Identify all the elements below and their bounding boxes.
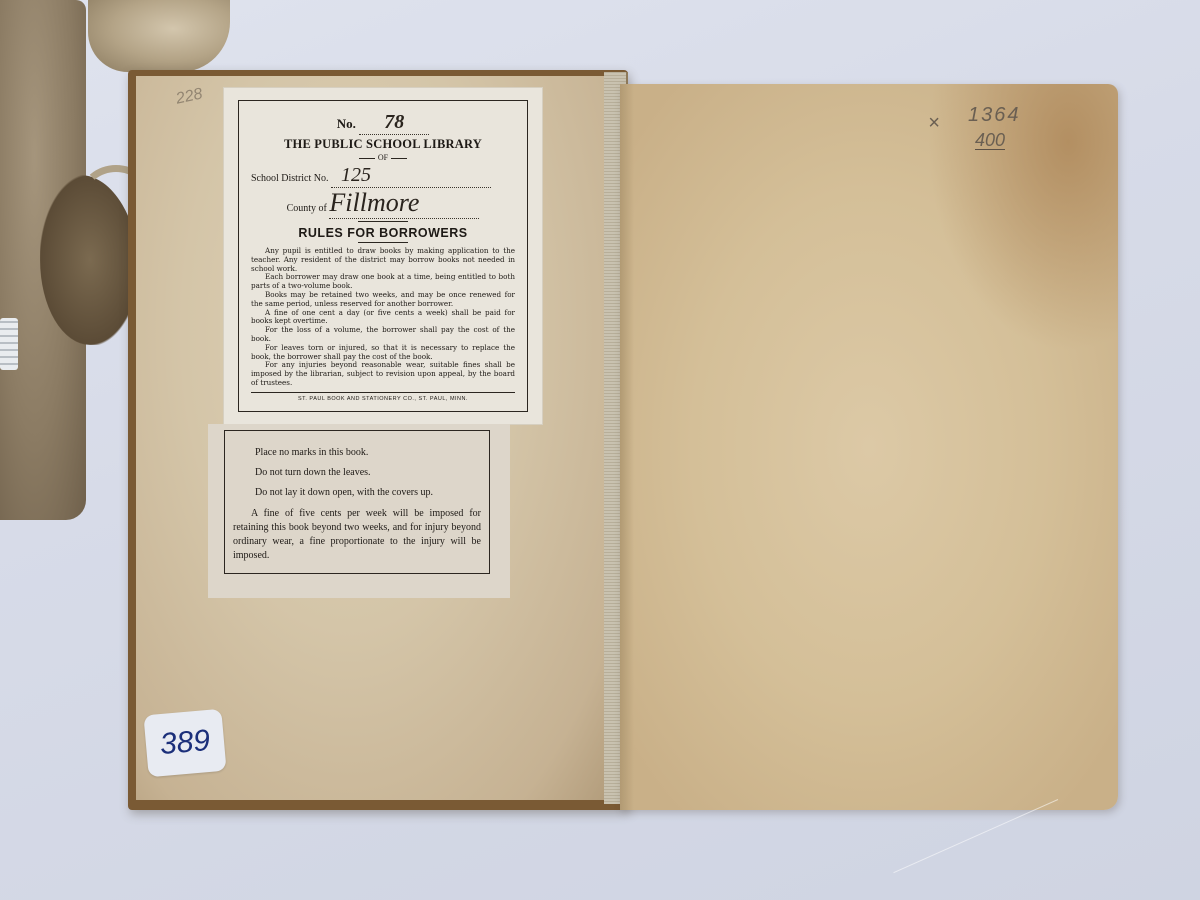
of-divider: OF xyxy=(251,153,515,162)
notice-line: Do not lay it down open, with the covers… xyxy=(255,487,481,498)
district-label: School District No. xyxy=(251,173,329,184)
rule-item: For leaves torn or injured, so that it i… xyxy=(251,344,515,362)
lot-number-sticker: 389 xyxy=(143,709,226,778)
divider xyxy=(358,221,408,222)
beadwork xyxy=(0,318,18,370)
district-row: School District No. 125 xyxy=(251,164,515,188)
handwritten-district: 125 xyxy=(341,164,371,186)
handwritten-number: 78 xyxy=(384,111,404,133)
bookplate-number-row: No. 78 xyxy=(251,111,515,135)
notice-label: Place no marks in this book. Do not turn… xyxy=(208,424,510,598)
page-crease xyxy=(893,799,1058,873)
handwritten-county: Fillmore xyxy=(329,188,419,217)
notice-line: Place no marks in this book. xyxy=(255,447,481,458)
county-label: County of xyxy=(287,203,327,214)
rule-item: For any injuries beyond reasonable wear,… xyxy=(251,361,515,387)
rule-item: Any pupil is entitled to draw books by m… xyxy=(251,247,515,273)
library-title: THE PUBLIC SCHOOL LIBRARY xyxy=(251,137,515,152)
pencil-mark-x: × xyxy=(928,112,940,135)
number-label: No. xyxy=(337,116,356,131)
divider xyxy=(358,242,408,243)
rule-item: A fine of one cent a day (or five cents … xyxy=(251,309,515,327)
printer-credit: ST. PAUL BOOK AND STATIONERY CO., ST. PA… xyxy=(251,392,515,402)
county-row: County of Fillmore xyxy=(251,188,515,219)
flyleaf-page xyxy=(620,84,1118,810)
notice-line: Do not turn down the leaves. xyxy=(255,467,481,478)
library-bookplate: No. 78 THE PUBLIC SCHOOL LIBRARY OF Scho… xyxy=(224,88,542,424)
rules-title: RULES FOR BORROWERS xyxy=(251,226,515,240)
rule-item: Books may be retained two weeks, and may… xyxy=(251,291,515,309)
bookplate-border: No. 78 THE PUBLIC SCHOOL LIBRARY OF Scho… xyxy=(238,100,528,412)
rule-item: For the loss of a volume, the borrower s… xyxy=(251,326,515,344)
rules-text: Any pupil is entitled to draw books by m… xyxy=(251,247,515,388)
notice-border: Place no marks in this book. Do not turn… xyxy=(224,430,490,574)
leather-roll xyxy=(88,0,230,72)
pencil-mark-number: 1364 xyxy=(968,104,1021,127)
fine-notice: A fine of five cents per week will be im… xyxy=(233,507,481,563)
lot-number: 389 xyxy=(159,724,212,762)
rule-item: Each borrower may draw one book at a tim… xyxy=(251,273,515,291)
pencil-mark-price: 400 xyxy=(975,131,1005,150)
